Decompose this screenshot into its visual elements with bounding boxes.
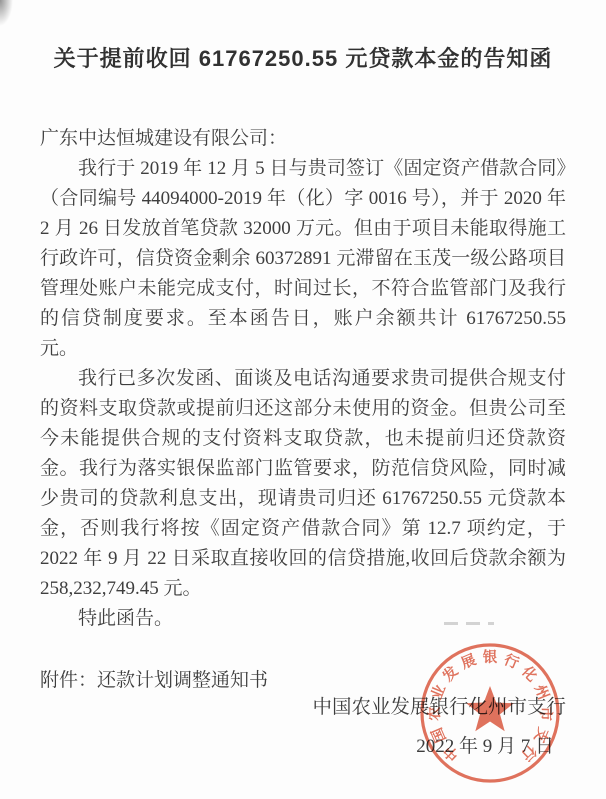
- svg-text:市: 市: [537, 706, 555, 721]
- seal-star-icon: [466, 686, 514, 731]
- svg-text:支: 支: [530, 725, 552, 746]
- paragraph-2: 我行已多次发函、面谈及电话沟通要求贵司提供合规支付的资料支取贷款或提前归还这部分…: [40, 364, 566, 604]
- svg-text:州: 州: [531, 682, 552, 702]
- recipient-line: 广东中达恒城建设有限公司：: [40, 124, 566, 154]
- official-seal: 中国农业发展银行化州市支行: [415, 638, 565, 788]
- letter-page: 关于提前收回 61767250.55 元贷款本金的告知函 广东中达恒城建设有限公…: [0, 0, 606, 799]
- svg-text:国: 国: [427, 724, 449, 745]
- document-title: 关于提前收回 61767250.55 元贷款本金的告知函: [0, 0, 606, 74]
- closing-line: 特此函告。: [40, 604, 566, 634]
- svg-text:展: 展: [459, 651, 479, 672]
- svg-text:银: 银: [483, 648, 498, 666]
- letter-body: 广东中达恒城建设有限公司： 我行于 2019 年 12 月 5 日与贵司签订《固…: [0, 124, 606, 696]
- paragraph-1: 我行于 2019 年 12 月 5 日与贵司签订《固定资产借款合同》（合同编号 …: [40, 154, 566, 364]
- svg-text:业: 业: [428, 682, 449, 702]
- svg-text:农: 农: [425, 706, 443, 721]
- svg-text:行: 行: [501, 650, 522, 672]
- scan-dash-artifact: [444, 622, 494, 625]
